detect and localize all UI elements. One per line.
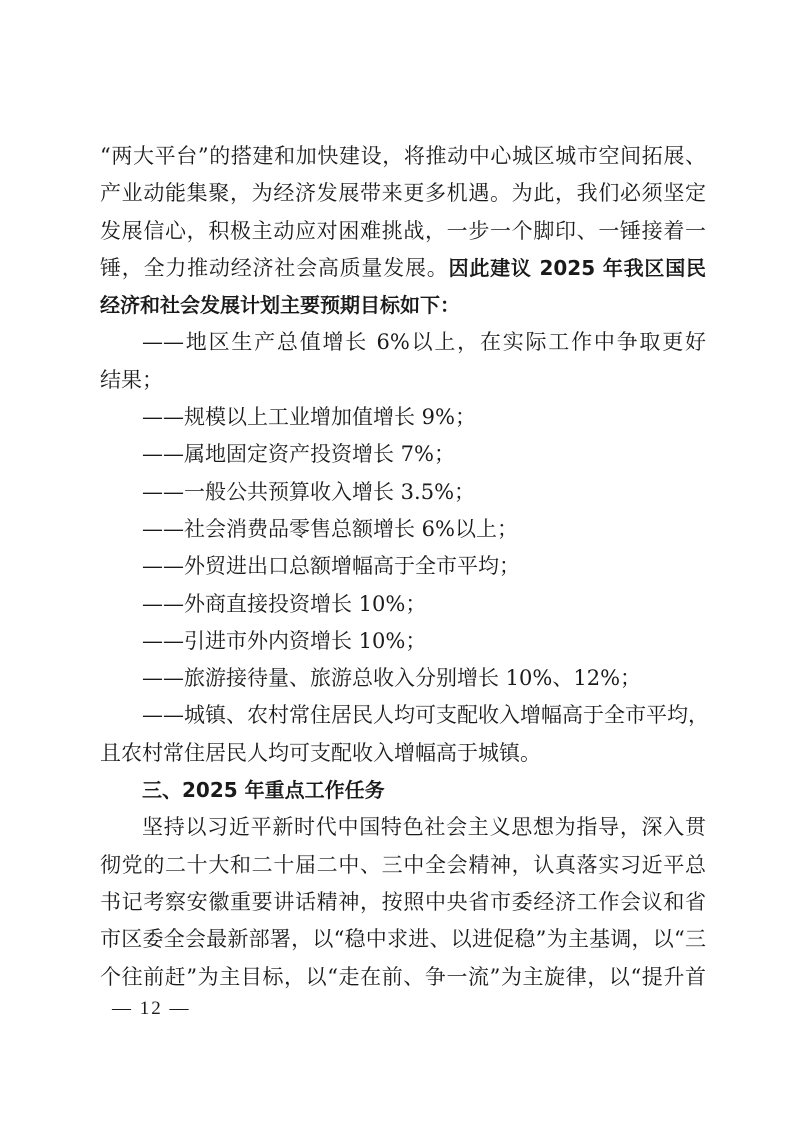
target-item: ——城镇、农村常住居民人均可支配收入增幅高于全市平均， (100, 697, 706, 734)
target-item: ——地区生产总值增长 6%以上，在实际工作中争取更好 (100, 324, 706, 361)
target-item: ——属地固定资产投资增长 7%； (100, 436, 706, 473)
text-line: 发展信心，积极主动应对困难挑战，一步一个脚印、一锤接着一 (100, 213, 706, 250)
text-line: 产业动能集聚，为经济发展带来更多机遇。为此，我们必须坚定 (100, 175, 706, 212)
text-line: 锤，全力推动经济社会高质量发展。因此建议 2025 年我区国民 (100, 250, 706, 287)
target-item: ——旅游接待量、旅游总收入分别增长 10%、12%； (100, 660, 706, 697)
text-line: “两大平台”的搭建和加快建设，将推动中心城区城市空间拓展、 (100, 138, 706, 175)
target-item: ——一般公共预算收入增长 3.5%； (100, 474, 706, 511)
text-line: 个往前赶”为主目标，以“走在前、争一流”为主旋律，以“提升首 (100, 959, 706, 996)
intro-paragraph: “两大平台”的搭建和加快建设，将推动中心城区城市空间拓展、 产业动能集聚，为经济… (100, 138, 706, 324)
page-number: — 12 — (112, 998, 191, 1020)
text-line: 市区委全会最新部署，以“稳中求进、以进促稳”为主基调，以“三 (100, 921, 706, 958)
target-item: ——规模以上工业增加值增长 9%； (100, 399, 706, 436)
text-line: 书记考察安徽重要讲话精神，按照中央省市委经济工作会议和省 (100, 884, 706, 921)
text-line: 坚持以习近平新时代中国特色社会主义思想为指导，深入贯 (100, 809, 706, 846)
text-normal: 锤，全力推动经济社会高质量发展。 (100, 256, 449, 280)
target-item-continuation: 结果； (100, 362, 706, 399)
target-item: ——社会消费品零售总额增长 6%以上； (100, 511, 706, 548)
document-page: “两大平台”的搭建和加快建设，将推动中心城区城市空间拓展、 产业动能集聚，为经济… (100, 138, 706, 996)
section-heading: 三、2025 年重点工作任务 (100, 772, 706, 809)
text-line: 彻党的二十大和二十届二中、三中全会精神，认真落实习近平总 (100, 847, 706, 884)
target-item: ——外贸进出口总额增幅高于全市平均； (100, 548, 706, 585)
target-item-continuation: 且农村常住居民人均可支配收入增幅高于城镇。 (100, 735, 706, 772)
target-item: ——引进市外内资增长 10%； (100, 623, 706, 660)
tasks-paragraph: 坚持以习近平新时代中国特色社会主义思想为指导，深入贯 彻党的二十大和二十届二中、… (100, 809, 706, 995)
target-item: ——外商直接投资增长 10%； (100, 586, 706, 623)
targets-list: ——地区生产总值增长 6%以上，在实际工作中争取更好 结果； ——规模以上工业增… (100, 324, 706, 772)
bold-text-line: 经济和社会发展计划主要预期目标如下： (100, 287, 706, 324)
bold-text: 因此建议 2025 年我区国民 (449, 256, 706, 280)
